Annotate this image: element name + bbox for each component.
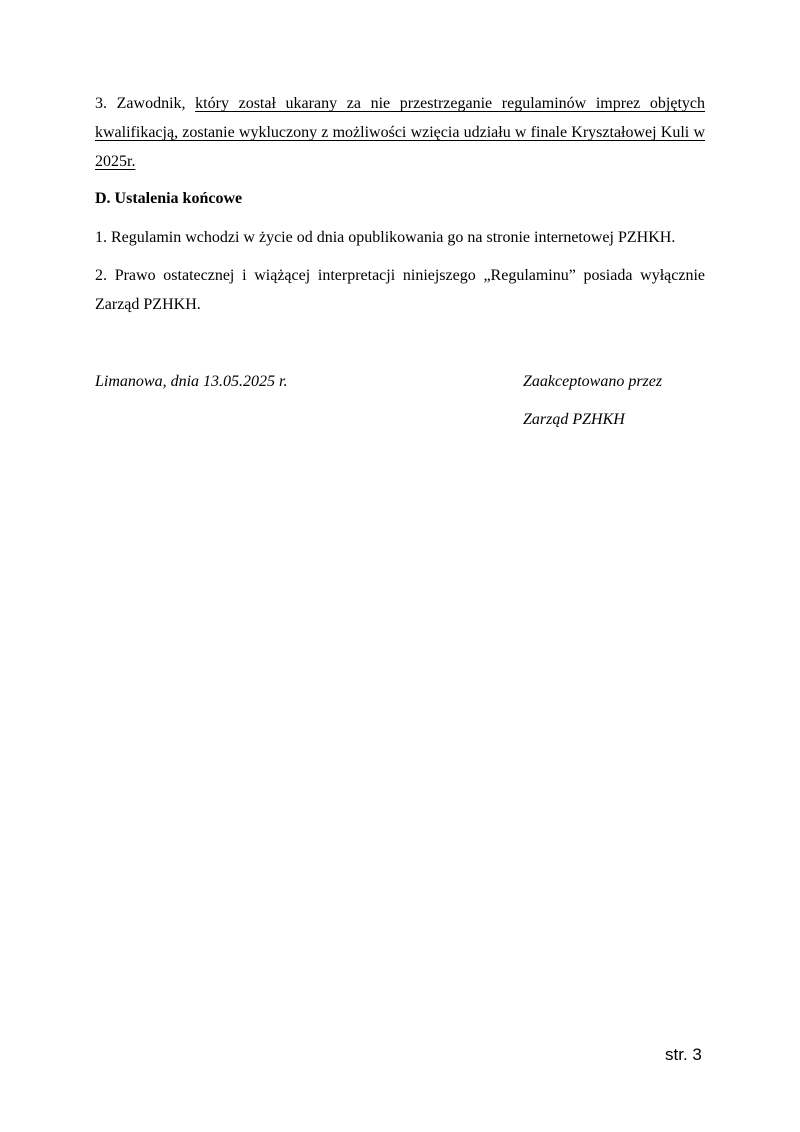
place-and-date: Limanowa, dnia 13.05.2025 r. xyxy=(95,371,287,393)
page-number: str. 3 xyxy=(665,1043,702,1067)
accepted-by-label: Zaakceptowano przez xyxy=(523,371,662,393)
paragraph-prefix: 3. Zawodnik, xyxy=(95,95,195,112)
accepted-by-board: Zarząd PZHKH xyxy=(523,409,625,431)
section-item-effective-date: 1. Regulamin wchodzi w życie od dnia opu… xyxy=(95,226,705,250)
paragraph-penalty-clause: 3. Zawodnik, który został ukarany za nie… xyxy=(95,89,705,176)
document-page: 3. Zawodnik, który został ukarany za nie… xyxy=(0,0,800,1132)
section-item-interpretation: 2. Prawo ostatecznej i wiążącej interpre… xyxy=(95,261,705,319)
section-heading: D. Ustalenia końcowe xyxy=(95,187,242,211)
